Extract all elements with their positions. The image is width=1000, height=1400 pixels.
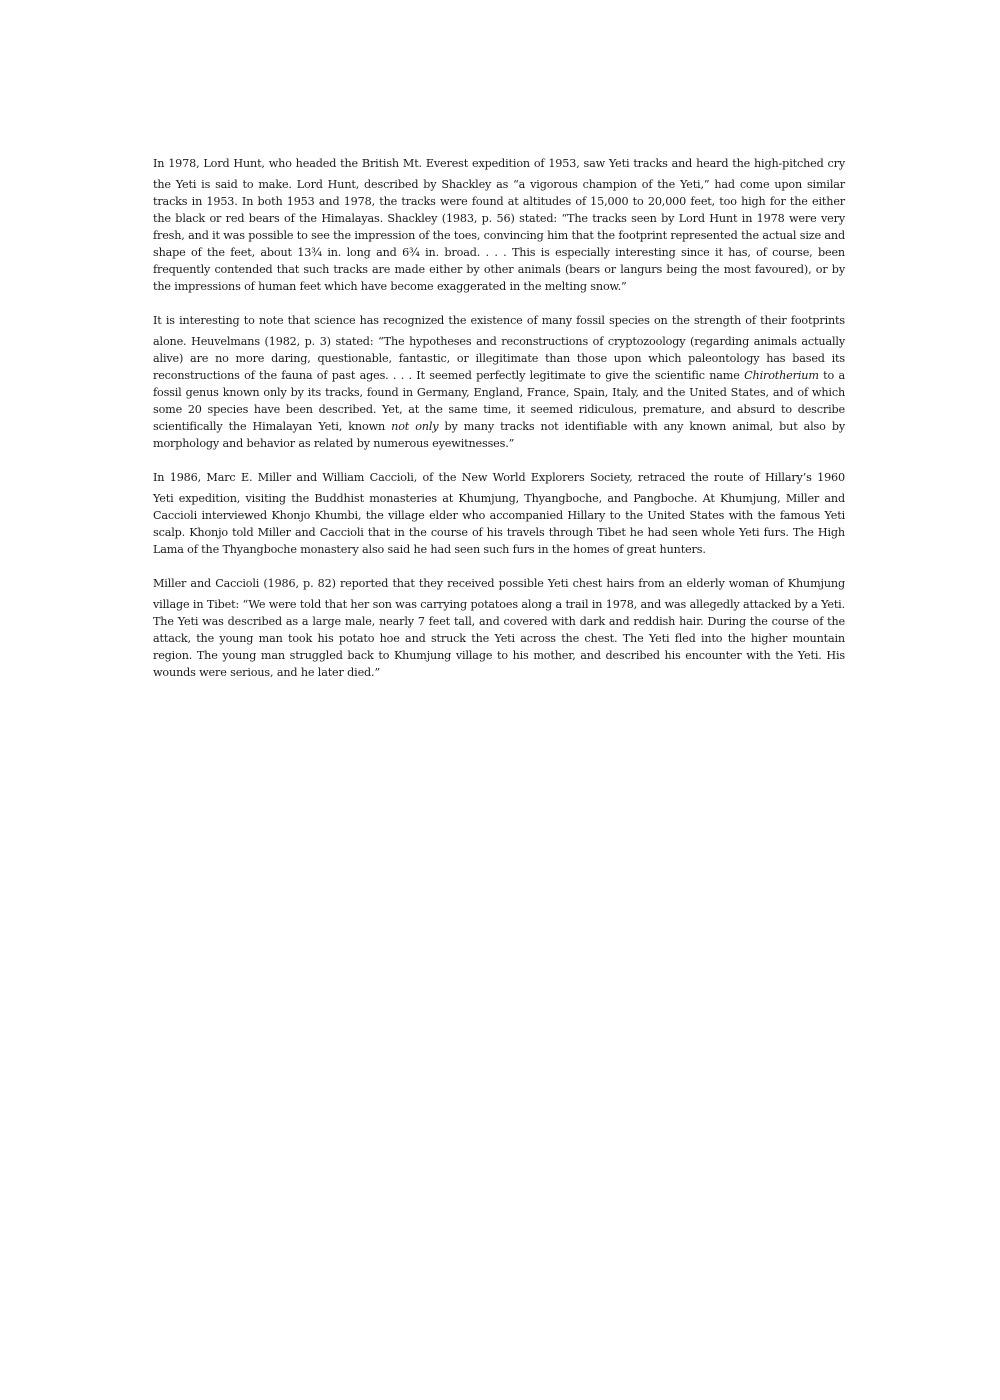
paragraph-first-line: In 1986, Marc E. Miller and William Cacc…: [153, 469, 845, 486]
paragraph-chest-hairs: Miller and Caccioli (1986, p. 82) report…: [153, 575, 845, 681]
paragraph-miller-caccioli-expedition: In 1986, Marc E. Miller and William Cacc…: [153, 469, 845, 558]
paragraph-body: Yeti expedition, visiting the Buddhist m…: [153, 490, 845, 558]
paragraph-fossil-footprints: It is interesting to note that science h…: [153, 312, 845, 452]
paragraph-first-line: In 1978, Lord Hunt, who headed the Briti…: [153, 155, 845, 172]
document-page: In 1978, Lord Hunt, who headed the Briti…: [153, 155, 845, 698]
paragraph-body: village in Tibet: “We were told that her…: [153, 596, 845, 681]
paragraph-body: alone. Heuvelmans (1982, p. 3) stated: “…: [153, 333, 845, 452]
paragraph-first-line: Miller and Caccioli (1986, p. 82) report…: [153, 575, 845, 592]
italic-emphasis-not-only: not only: [391, 420, 438, 433]
italic-term-chirotherium: Chirotherium: [744, 369, 819, 382]
paragraph-lord-hunt: In 1978, Lord Hunt, who headed the Briti…: [153, 155, 845, 295]
paragraph-body: the Yeti is said to make. Lord Hunt, des…: [153, 176, 845, 295]
paragraph-first-line: It is interesting to note that science h…: [153, 312, 845, 329]
body-text: alone. Heuvelmans (1982, p. 3) stated: “…: [153, 335, 845, 382]
